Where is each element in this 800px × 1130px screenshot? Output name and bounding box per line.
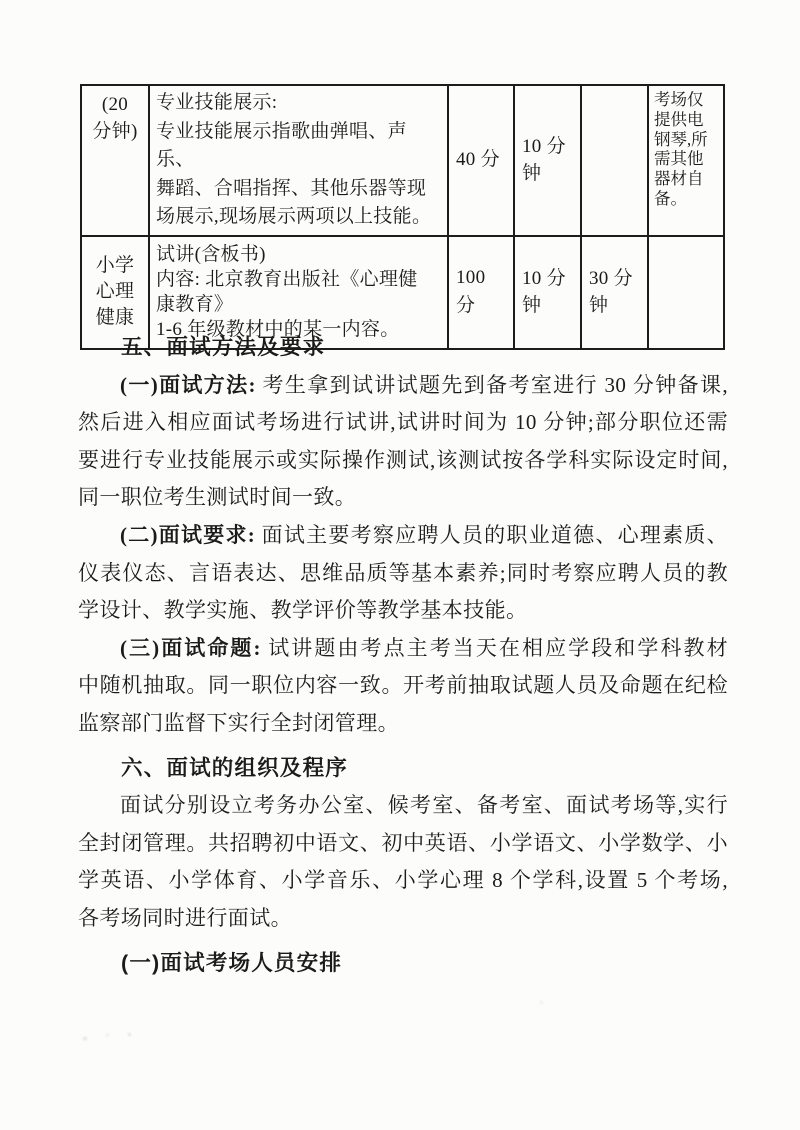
text-segment: 监察部门监督下实行全封闭管理。	[78, 711, 399, 735]
bold-lead-in: (一)面试方法:	[120, 373, 256, 397]
bold-lead-in: (三)面试命题:	[120, 636, 261, 660]
text-line: (二)面试要求: 面试主要考察应聘人员的职业道德、心理素质、	[78, 517, 728, 555]
table-cell: 专业技能展示: 专业技能展示指歌曲弹唱、声乐、 舞蹈、合唱指挥、其他乐器等现 场…	[149, 85, 448, 236]
section-heading: 五、面试方法及要求	[78, 329, 728, 367]
text-segment: 全封闭管理。共招聘初中语文、初中英语、小学语文、小学数学、小	[78, 831, 728, 855]
table-cell: 40 分	[448, 85, 514, 236]
scan-noise-speck	[106, 1034, 109, 1036]
text-segment: 学英语、小学体育、小学音乐、小学心理 8 个学科,设置 5 个考场,	[78, 868, 728, 892]
text-segment: 仪表仪态、言语表达、思维品质等基本素养;同时考察应聘人员的教	[78, 561, 728, 585]
text-line: 面试分别设立考务办公室、候考室、备考室、面试考场等,实行	[78, 787, 728, 825]
section-heading: (一)面试考场人员安排	[78, 945, 728, 983]
table-cell: (20 分钟)	[81, 85, 149, 236]
bold-lead-in: (二)面试要求:	[120, 523, 255, 547]
text-segment: 中随机抽取。同一职位内容一致。开考前抽取试题人员及命题在纪检	[78, 673, 728, 697]
text-line: 同一职位考生测试时间一致。	[78, 479, 728, 517]
text-line: 中随机抽取。同一职位内容一致。开考前抽取试题人员及命题在纪检	[78, 667, 728, 705]
text-line: (三)面试命题: 试讲题由考点主考当天在相应学段和学科教材	[78, 630, 728, 668]
text-segment: 面试分别设立考务办公室、候考室、备考室、面试考场等,实行	[120, 793, 728, 817]
table-cell: 10 分 钟	[514, 85, 581, 236]
text-line: 仪表仪态、言语表达、思维品质等基本素养;同时考察应聘人员的教	[78, 555, 728, 593]
text-line: 然后进入相应面试考场进行试讲,试讲时间为 10 分钟;部分职位还需	[78, 404, 728, 442]
text-line: 要进行专业技能展示或实际操作测试,该测试按各学科实际设定时间,	[78, 442, 728, 480]
table-row: (20 分钟)专业技能展示: 专业技能展示指歌曲弹唱、声乐、 舞蹈、合唱指挥、其…	[81, 85, 724, 236]
table-cell: 考场仅 提供电 钢琴,所 需其他 器材自 备。	[648, 85, 724, 236]
text-segment: 各考场同时进行面试。	[78, 906, 292, 930]
text-line: 学设计、教学实施、教学评价等教学基本技能。	[78, 592, 728, 630]
text-segment: 然后进入相应面试考场进行试讲,试讲时间为 10 分钟;部分职位还需	[78, 410, 728, 434]
text-segment: 要进行专业技能展示或实际操作测试,该测试按各学科实际设定时间,	[78, 448, 728, 472]
exam-schedule-table: (20 分钟)专业技能展示: 专业技能展示指歌曲弹唱、声乐、 舞蹈、合唱指挥、其…	[80, 84, 725, 350]
text-segment: 试讲题由考点主考当天在相应学段和学科教材	[261, 636, 728, 660]
section-heading: 六、面试的组织及程序	[78, 750, 728, 788]
scan-noise-speck	[540, 1001, 543, 1004]
text-line: (一)面试方法: 考生拿到试讲试题先到备考室进行 30 分钟备课,	[78, 367, 728, 405]
text-line: 监察部门监督下实行全封闭管理。	[78, 705, 728, 743]
text-segment: 考生拿到试讲试题先到备考室进行 30 分钟备课,	[256, 373, 728, 397]
text-line: 全封闭管理。共招聘初中语文、初中英语、小学语文、小学数学、小	[78, 825, 728, 863]
text-line: 各考场同时进行面试。	[78, 900, 728, 938]
scan-noise-speck	[83, 1037, 87, 1040]
body-text: 五、面试方法及要求(一)面试方法: 考生拿到试讲试题先到备考室进行 30 分钟备…	[78, 329, 728, 982]
text-segment: 面试主要考察应聘人员的职业道德、心理素质、	[255, 523, 728, 547]
text-segment: 学设计、教学实施、教学评价等教学基本技能。	[78, 598, 527, 622]
text-segment: 同一职位考生测试时间一致。	[78, 485, 356, 509]
text-line: 学英语、小学体育、小学音乐、小学心理 8 个学科,设置 5 个考场,	[78, 862, 728, 900]
scan-noise-speck	[128, 1033, 131, 1036]
document-page: (20 分钟)专业技能展示: 专业技能展示指歌曲弹唱、声乐、 舞蹈、合唱指挥、其…	[0, 0, 800, 1130]
exam-table-body: (20 分钟)专业技能展示: 专业技能展示指歌曲弹唱、声乐、 舞蹈、合唱指挥、其…	[81, 85, 724, 349]
table-cell	[581, 85, 648, 236]
